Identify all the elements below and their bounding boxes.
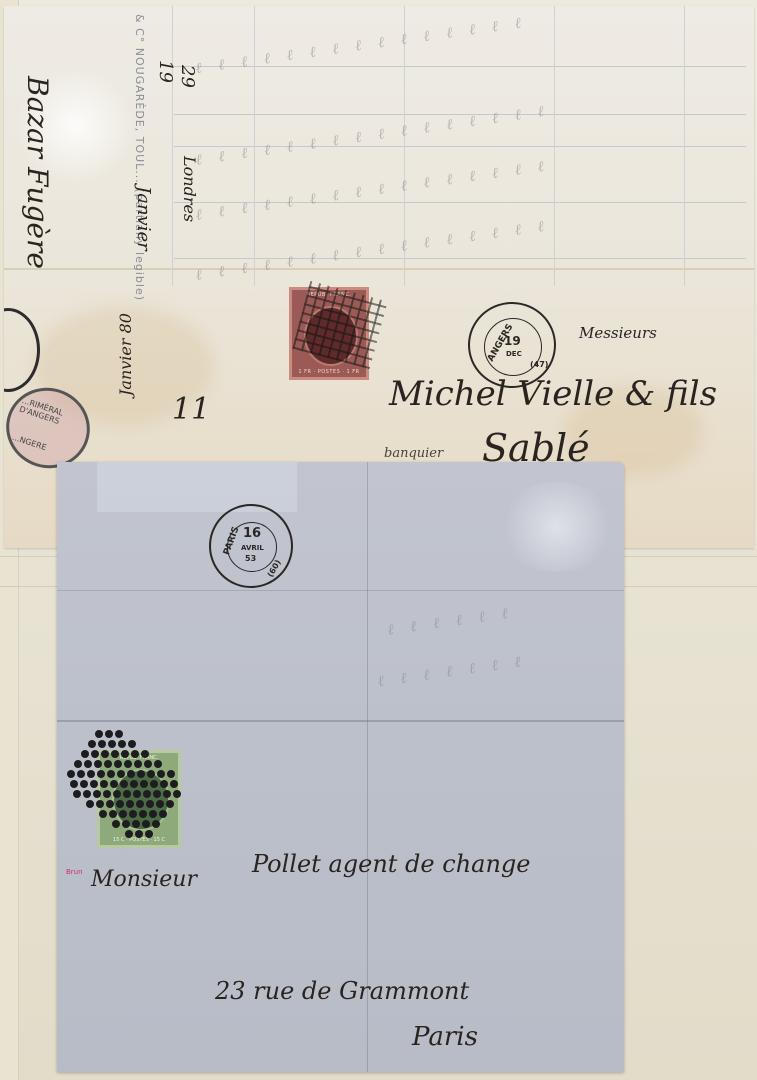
- cancel-dot: [81, 750, 89, 758]
- cancel-dot: [135, 830, 143, 838]
- cancel-dot: [149, 810, 157, 818]
- cancel-dot: [87, 770, 95, 778]
- show-through-script: ℓ ℓ ℓ ℓ ℓ ℓ: [386, 603, 515, 640]
- cancel-dot: [157, 770, 165, 778]
- cancel-dot: [139, 810, 147, 818]
- cancel-dot: [137, 770, 145, 778]
- cancel-dot: [127, 770, 135, 778]
- cancel-dot: [103, 790, 111, 798]
- handwritten-name: Bazar Fugère: [21, 76, 54, 269]
- address-name: Pollet agent de change: [252, 850, 530, 878]
- cancel-dot: [94, 760, 102, 768]
- cancel-dot: [106, 800, 114, 808]
- cancel-dot: [83, 790, 91, 798]
- cachet-text-bottom: ...NGERE: [11, 433, 48, 453]
- address-salutation: Monsieur: [91, 867, 197, 892]
- stamp-bottom-banner: 1 FR · POSTES · 1 FR: [296, 369, 362, 375]
- address-note: banquier: [384, 446, 443, 461]
- address-salutation: Messieurs: [579, 324, 657, 342]
- cancel-dot: [159, 810, 167, 818]
- cancel-dot: [160, 780, 168, 788]
- cancel-dot: [107, 770, 115, 778]
- cancel-dot: [74, 760, 82, 768]
- cancel-dot: [123, 790, 131, 798]
- cancel-dot: [70, 780, 78, 788]
- cancel-dot: [90, 780, 98, 788]
- cancel-dot: [126, 800, 134, 808]
- cancel-dot: [100, 780, 108, 788]
- cancel-dot: [111, 750, 119, 758]
- ledger-column: [172, 6, 173, 286]
- address-street: 23 rue de Grammont: [215, 977, 469, 1005]
- cancel-dot: [142, 820, 150, 828]
- partial-postmark: [4, 308, 40, 392]
- cancel-dot: [143, 790, 151, 798]
- cancel-dot: [145, 830, 153, 838]
- ledger-script: ℓ ℓ ℓ ℓ ℓ ℓ ℓ ℓ ℓ ℓ ℓ ℓ ℓ ℓ ℓ ℓ: [194, 101, 551, 170]
- cancel-dot: [97, 770, 105, 778]
- margin-figure: 11: [172, 392, 210, 427]
- handwritten-month: Janvier: [133, 186, 154, 251]
- cancel-dot: [119, 810, 127, 818]
- wax-seal-emboss: [497, 482, 617, 572]
- cancel-dot: [153, 790, 161, 798]
- cancel-dot: [131, 750, 139, 758]
- cancel-dot: [150, 780, 158, 788]
- cancel-dot: [125, 830, 133, 838]
- cancel-dot: [116, 800, 124, 808]
- cancel-dot: [113, 790, 121, 798]
- cancel-dot: [91, 750, 99, 758]
- cancel-dot: [114, 760, 122, 768]
- cancel-dot: [110, 780, 118, 788]
- show-through-script: ℓ ℓ ℓ ℓ ℓ ℓ ℓ: [376, 652, 528, 692]
- fold-crease: [57, 590, 624, 591]
- light-glare: [97, 462, 297, 512]
- cancel-dot: [73, 790, 81, 798]
- cancel-dot: [108, 740, 116, 748]
- postmark-dept: (47): [530, 360, 548, 369]
- cancel-dot: [133, 790, 141, 798]
- cancel-dot: [95, 730, 103, 738]
- cancel-dot: [67, 770, 75, 778]
- cancel-dot: [101, 750, 109, 758]
- ledger-script: ℓ ℓ ℓ ℓ ℓ ℓ ℓ ℓ ℓ ℓ ℓ ℓ ℓ ℓ ℓ: [194, 13, 528, 78]
- postmark-day: 19: [504, 334, 521, 348]
- cancel-dot: [124, 760, 132, 768]
- ledger-column: [684, 6, 685, 286]
- red-annotation: Brun: [66, 868, 83, 876]
- ledger-column: [554, 6, 555, 286]
- cancel-dot: [98, 740, 106, 748]
- fold-crease: [4, 268, 754, 270]
- cancel-dot: [88, 740, 96, 748]
- postmark-month: DEC: [506, 350, 522, 358]
- postmark-month: AVRIL: [241, 544, 264, 552]
- cancel-dot: [77, 770, 85, 778]
- cancel-dot: [117, 770, 125, 778]
- cancel-dot: [144, 760, 152, 768]
- cancel-dot: [167, 770, 175, 778]
- address-line1: Michel Vielle & fils: [389, 374, 717, 414]
- cancel-dot: [146, 800, 154, 808]
- cancel-dot: [96, 800, 104, 808]
- cancel-dot: [118, 740, 126, 748]
- cancel-dot: [163, 790, 171, 798]
- cancel-dot: [86, 800, 94, 808]
- cancel-dot: [128, 740, 136, 748]
- cancel-dot: [136, 800, 144, 808]
- margin-note: Janvier 80: [116, 313, 135, 396]
- handwritten-city: Londres: [180, 156, 199, 222]
- postmark-day: 16: [243, 526, 261, 541]
- cancel-dot: [104, 760, 112, 768]
- postmark-year: 53: [245, 554, 256, 563]
- cancel-dot: [132, 820, 140, 828]
- cancel-dot: [147, 770, 155, 778]
- cancel-dot: [109, 810, 117, 818]
- fold-crease: [57, 720, 624, 722]
- printed-header: & C° NOUGARÈDE, TOUL... (partially legib…: [133, 14, 146, 301]
- cancel-dot: [156, 800, 164, 808]
- cancel-dot: [173, 790, 181, 798]
- cancel-dot: [140, 780, 148, 788]
- cancel-dot: [152, 820, 160, 828]
- cancel-dot: [134, 760, 142, 768]
- cancel-dot: [93, 790, 101, 798]
- ledger-script: ℓ ℓ ℓ ℓ ℓ ℓ ℓ ℓ ℓ ℓ ℓ ℓ ℓ ℓ ℓ ℓ: [194, 156, 551, 225]
- paris-postmark: PARIS 16 AVRIL 53 (60): [209, 504, 293, 588]
- cancel-dot: [99, 810, 107, 818]
- ledger-script: ℓ ℓ ℓ ℓ ℓ ℓ ℓ ℓ ℓ ℓ ℓ ℓ ℓ ℓ ℓ ℓ: [194, 216, 551, 285]
- cancel-dot: [122, 820, 130, 828]
- cancel-dot: [141, 750, 149, 758]
- cancel-dot: [80, 780, 88, 788]
- cancel-dot: [170, 780, 178, 788]
- cancel-dot: [105, 730, 113, 738]
- handwritten-number: 29: [177, 65, 198, 88]
- cancel-dot: [154, 760, 162, 768]
- handwritten-day: 19: [155, 60, 176, 83]
- cancel-dot: [130, 780, 138, 788]
- cancel-dot: [166, 800, 174, 808]
- cancel-dot: [129, 810, 137, 818]
- address-city: Paris: [412, 1022, 478, 1052]
- cancel-dot: [84, 760, 92, 768]
- cancel-dot: [120, 780, 128, 788]
- cancel-dot: [121, 750, 129, 758]
- cancel-dot: [115, 730, 123, 738]
- cancel-dot: [112, 820, 120, 828]
